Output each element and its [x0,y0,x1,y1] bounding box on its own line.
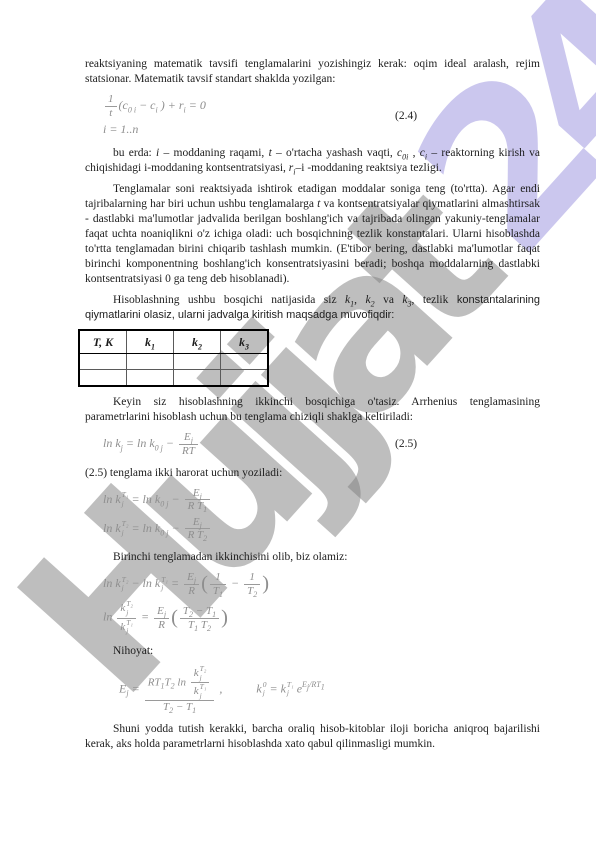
para-tenglamalar: Tenglamalar soni reaktsiyada ishtirok et… [85,182,540,287]
table-cell [127,370,174,387]
table-header-cell: k1 [127,330,174,354]
equation-label: (2.4) [395,110,417,122]
table-header-cell: k2 [174,330,221,354]
para-shuni: Shuni yodda tutish kerakki, barcha orali… [85,722,540,752]
table-cell [79,354,127,370]
para-hisoblashning: Hisoblashning ushbu bosqichi natijasida … [85,293,540,323]
equation-final: Ej = RT1T2 ln kT₂jkT₁jT2 − T1 ,k0j = kT₁… [85,665,540,714]
para-bu-erda: bu erda: i – moddaning raqami, t – o'rta… [85,146,540,176]
rate-constants-table: T, Kk1k2k3 [78,329,269,387]
equation-2-5: ln kj = ln k0 j − EjRT(2.5) [85,431,540,457]
table-cell [174,354,221,370]
equation-subtracted: ln kT₂j − ln kT₁j = EjR(1T1 − 1T2)ln kT₂… [85,571,540,636]
table-cell [174,370,221,387]
table-cell [221,354,269,370]
table-cell [79,370,127,387]
equation-two-temperatures: ln kT₁j = ln k0 j − EjR T1ln kT₂j = ln k… [85,487,540,543]
table-header-cell: T, K [79,330,127,354]
document-body: reaktsiyaning matematik tavsifi tenglama… [85,57,540,758]
para-birinchi: Birinchi tenglamadan ikkinchisini olib, … [85,550,540,565]
document-page: Hujjat24 reaktsiyaning matematik tavsifi… [0,0,596,842]
equation-label: (2.5) [395,438,417,450]
table-cell [221,370,269,387]
para-intro: reaktsiyaning matematik tavsifi tenglama… [85,57,540,87]
para-keyin: Keyin siz hisoblashning ikkinchi bosqich… [85,395,540,425]
table-cell [127,354,174,370]
para-ikki-harorat: (2.5) tenglama ikki harorat uchun yozila… [85,466,540,481]
equation-2-4: 1t(c0 i − ci ) + ri = 0i = 1..n(2.4) [85,93,540,138]
table-header-cell: k3 [221,330,269,354]
para-nihoyat: Nihoyat: [85,644,540,659]
